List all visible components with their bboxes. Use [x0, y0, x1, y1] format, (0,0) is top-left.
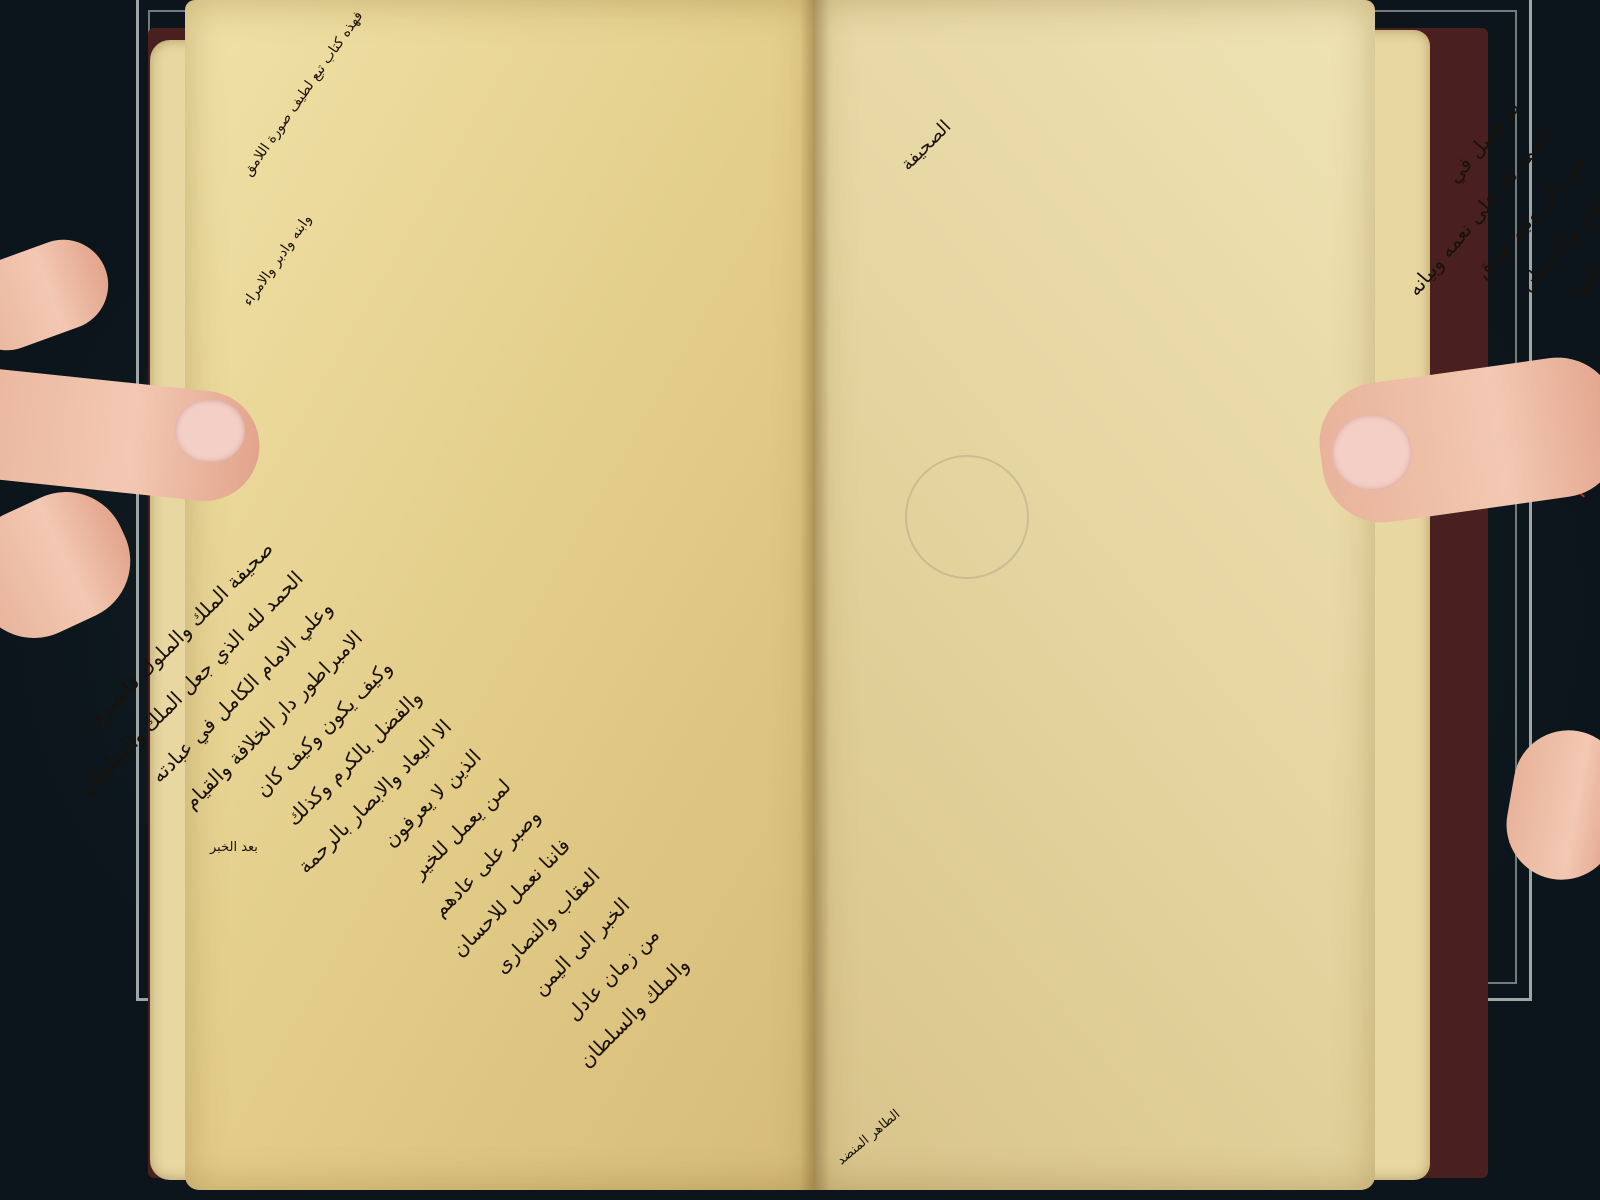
right-page [815, 0, 1375, 1190]
left-thumbnail [175, 400, 245, 462]
left-bottom-margin-note: بعد الخبر [210, 840, 258, 855]
right-thumbnail [1332, 415, 1412, 490]
book-gutter [800, 0, 830, 1190]
faded-seal-stamp [905, 455, 1029, 579]
